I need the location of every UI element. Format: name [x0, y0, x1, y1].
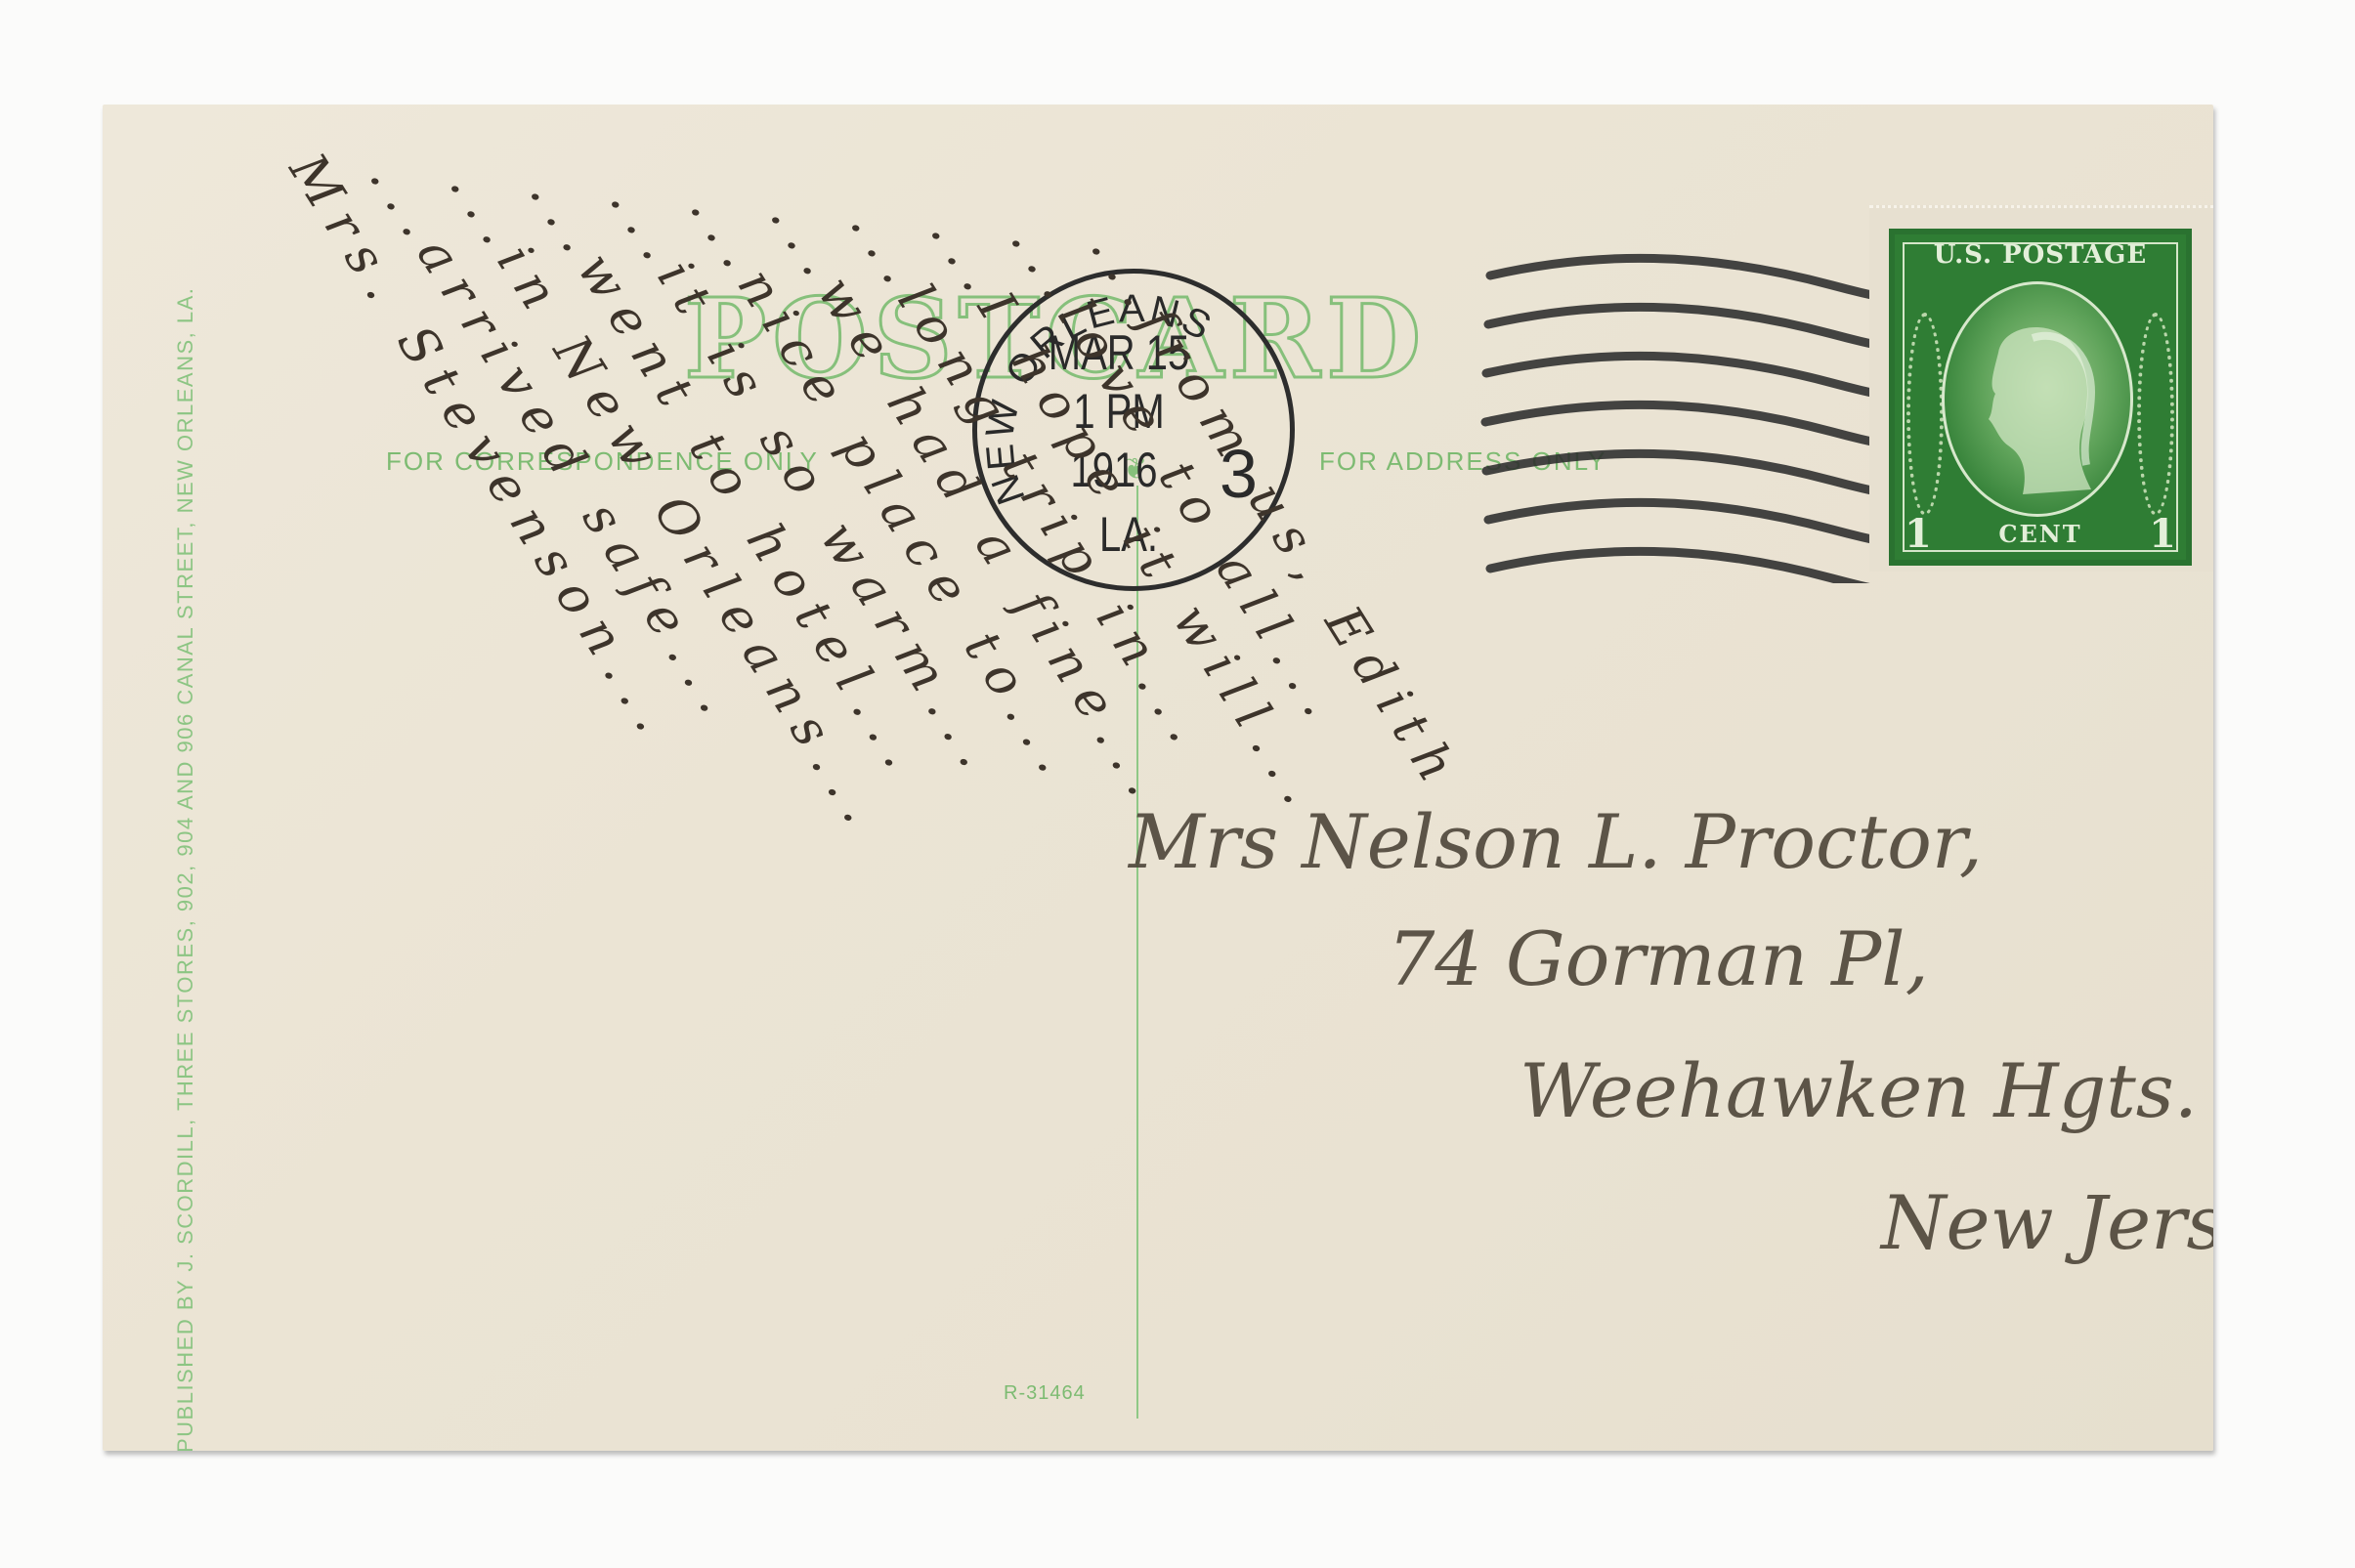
address-line-recipient: Mrs Nelson L. Proctor, [1129, 798, 1983, 885]
washington-portrait-icon [1942, 281, 2133, 517]
address-line-city: Weehawken Hgts. [1520, 1047, 2198, 1134]
address-line-street: 74 Gorman Pl, [1388, 915, 1929, 1002]
handwritten-message: Mrs. Stevenson......arrived safe......in… [239, 134, 1217, 1423]
postage-stamp: U.S. POSTAGE 1 CENT 1 [1889, 229, 2192, 566]
publisher-imprint: PUBLISHED BY J. SCORDILL, THREE STORES, … [173, 287, 198, 1451]
postcard: PUBLISHED BY J. SCORDILL, THREE STORES, … [103, 105, 2213, 1451]
stamp-denomination-word: CENT [1998, 513, 2081, 556]
address-line-state: New Jersey [1881, 1179, 2213, 1266]
stamp-denomination-left: 1 [1905, 513, 1932, 556]
laurel-wreath-icon [2137, 313, 2174, 516]
stamp-denomination-right: 1 [2149, 513, 2176, 556]
stamp-header: U.S. POSTAGE [1895, 240, 2186, 270]
laurel-wreath-icon [1906, 313, 1944, 516]
